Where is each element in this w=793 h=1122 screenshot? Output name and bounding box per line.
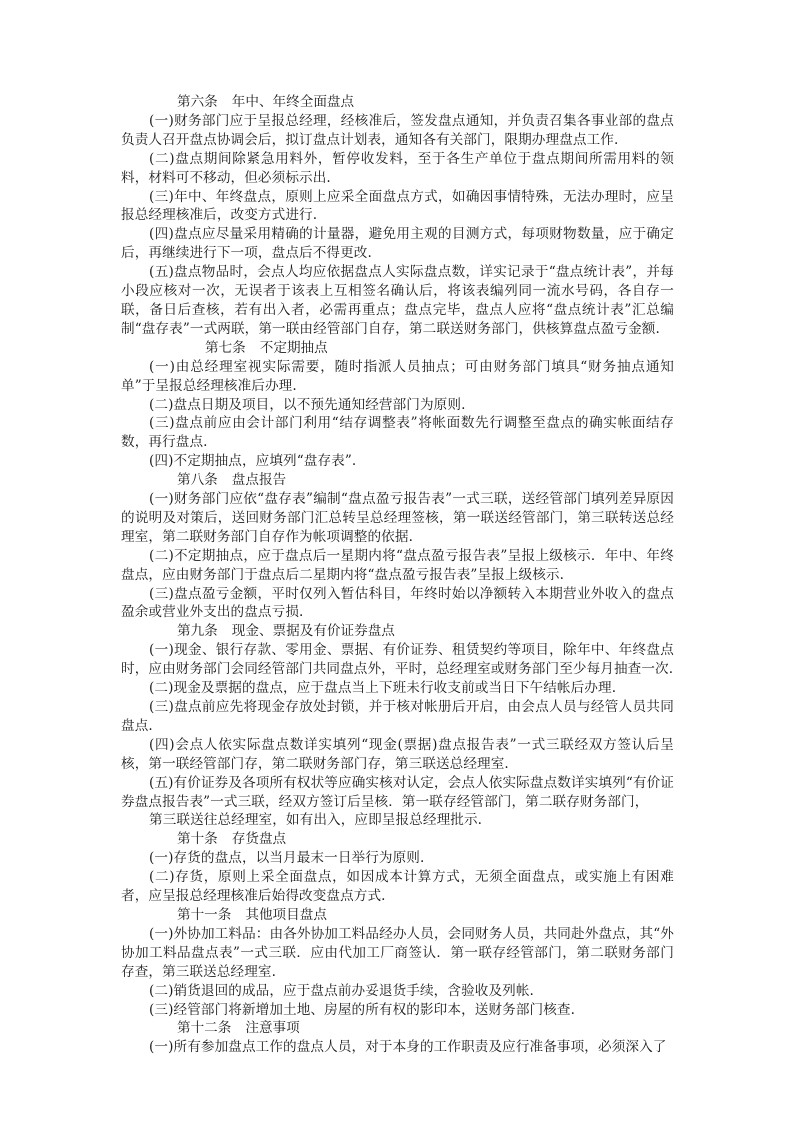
section-item: (二)销货退回的成品，应于盘点前办妥退货手续，含验收及列帐. [121, 982, 674, 1001]
section-item: (一)由总经理室视实际需要，随时指派人员抽点；可由财务部门填具“财务抽点通知单”… [121, 358, 674, 396]
section-number: 第八条 [149, 471, 218, 490]
section-number: 第九条 [149, 622, 218, 641]
section-item: (二)盘点日期及项目，以不预先通知经营部门为原则. [121, 396, 674, 415]
section-item: (四)盘点应尽量采用精确的计量器，避免用主观的目测方式，每项财物数量，应于确定后… [121, 225, 674, 263]
section-item: (五)盘点物品时，会点人均应依据盘点人实际盘点数，详实记录于“盘点统计表”，并每… [121, 263, 674, 339]
section-item: (三)盘点前应先将现金存放处封锁，并于核对帐册后开启，由会点人员与经管人员共同盘… [121, 698, 674, 736]
section-heading: 第七条不定期抽点 [121, 339, 674, 358]
section-heading: 第十一条其他项目盘点 [121, 906, 674, 925]
section-item: (三)经管部门将新增加土地、房屋的所有权的影印本，送财务部门核查. [121, 1001, 674, 1020]
section-article-7: 第七条不定期抽点 (一)由总经理室视实际需要，随时指派人员抽点；可由财务部门填具… [121, 339, 674, 471]
section-item: (一)存货的盘点，以当月最末一日举行为原则. [121, 849, 674, 868]
section-item: (三)盘点前应由会计部门利用“结存调整表”将帐面数先行调整至盘点的确实帐面结存数… [121, 414, 674, 452]
section-item: (四)会点人依实际盘点数详实填列“现金(票据)盘点报告表”一式三联经双方签认后呈… [121, 736, 674, 774]
section-title: 不定期抽点 [260, 340, 328, 356]
section-heading: 第九条现金、票据及有价证券盘点 [121, 622, 674, 641]
section-article-11: 第十一条其他项目盘点 (一)外协加工料品：由各外协加工料品经办人员，会同财务人员… [121, 906, 674, 1019]
section-item: (二)盘点期间除紧急用料外，暂停收发料，至于各生产单位于盘点期间所需用料的领料，… [121, 150, 674, 188]
section-item: (三)盘点盈亏金额，平时仅列入暂估科目，年终时始以净额转入本期营业外收入的盘点盈… [121, 585, 674, 623]
section-title: 存货盘点 [232, 831, 286, 847]
section-item: (一)现金、银行存款、零用金、票据、有价证券、租赁契约等项目，除年中、年终盘点时… [121, 641, 674, 679]
section-item: (五)有价证券及各项所有权状等应确实核对认定，会点人依实际盘点数详实填列“有价证… [121, 774, 674, 812]
section-title: 注意事项 [245, 1020, 299, 1036]
section-item: (一)财务部门应于呈报总经理，经核准后，签发盘点通知，并负责召集各事业部的盘点负… [121, 112, 674, 150]
section-item: (二)现金及票据的盘点，应于盘点当上下班未行收支前或当日下午结帐后办理. [121, 679, 674, 698]
section-heading: 第八条盘点报告 [121, 471, 674, 490]
section-item: (二)不定期抽点，应于盘点后一星期内将“盘点盈亏报告表”呈报上级核示．年中、年终… [121, 547, 674, 585]
section-number: 第十二条 [149, 1019, 231, 1038]
section-number: 第十一条 [149, 906, 231, 925]
section-heading: 第十二条注意事项 [121, 1019, 674, 1038]
section-number: 第七条 [163, 339, 246, 358]
section-item: (二)存货，原则上采全面盘点，如因成本计算方式，无须全面盘点，或实施上有困难者，… [121, 868, 674, 906]
section-article-8: 第八条盘点报告 (一)财务部门应依“盘存表”编制“盘点盈亏报告表”一式三联，送经… [121, 471, 674, 622]
section-article-10: 第十条存货盘点 (一)存货的盘点，以当月最末一日举行为原则. (二)存货，原则上… [121, 830, 674, 906]
section-title: 年中、年终全面盘点 [232, 94, 354, 110]
section-item: (一)所有参加盘点工作的盘点人员，对于本身的工作职责及应行准备事项，必须深入了 [121, 1038, 674, 1057]
section-title: 盘点报告 [232, 472, 286, 488]
section-heading: 第十条存货盘点 [121, 830, 674, 849]
section-item: (三)年中、年终盘点，原则上应采全面盘点方式，如确因事情特殊，无法办理时，应呈报… [121, 188, 674, 226]
section-number: 第六条 [149, 93, 218, 112]
section-heading: 第六条年中、年终全面盘点 [121, 93, 674, 112]
section-article-6: 第六条年中、年终全面盘点 (一)财务部门应于呈报总经理，经核准后，签发盘点通知，… [121, 93, 674, 339]
section-title: 其他项目盘点 [245, 907, 327, 923]
section-item-continuation: 第三联送往总经理室，如有出入，应即呈报总经理批示. [121, 811, 674, 830]
section-article-12: 第十二条注意事项 (一)所有参加盘点工作的盘点人员，对于本身的工作职责及应行准备… [121, 1019, 674, 1057]
section-title: 现金、票据及有价证券盘点 [232, 623, 395, 639]
section-item: (一)外协加工料品：由各外协加工料品经办人员，会同财务人员，共同赴外盘点，其“外… [121, 925, 674, 982]
section-article-9: 第九条现金、票据及有价证券盘点 (一)现金、银行存款、零用金、票据、有价证券、租… [121, 622, 674, 830]
section-number: 第十条 [149, 830, 218, 849]
document-page: 第六条年中、年终全面盘点 (一)财务部门应于呈报总经理，经核准后，签发盘点通知，… [121, 93, 674, 1057]
section-item: (一)财务部门应依“盘存表”编制“盘点盈亏报告表”一式三联，送经管部门填列差异原… [121, 490, 674, 547]
section-item: (四)不定期抽点，应填列“盘存表”. [121, 452, 674, 471]
